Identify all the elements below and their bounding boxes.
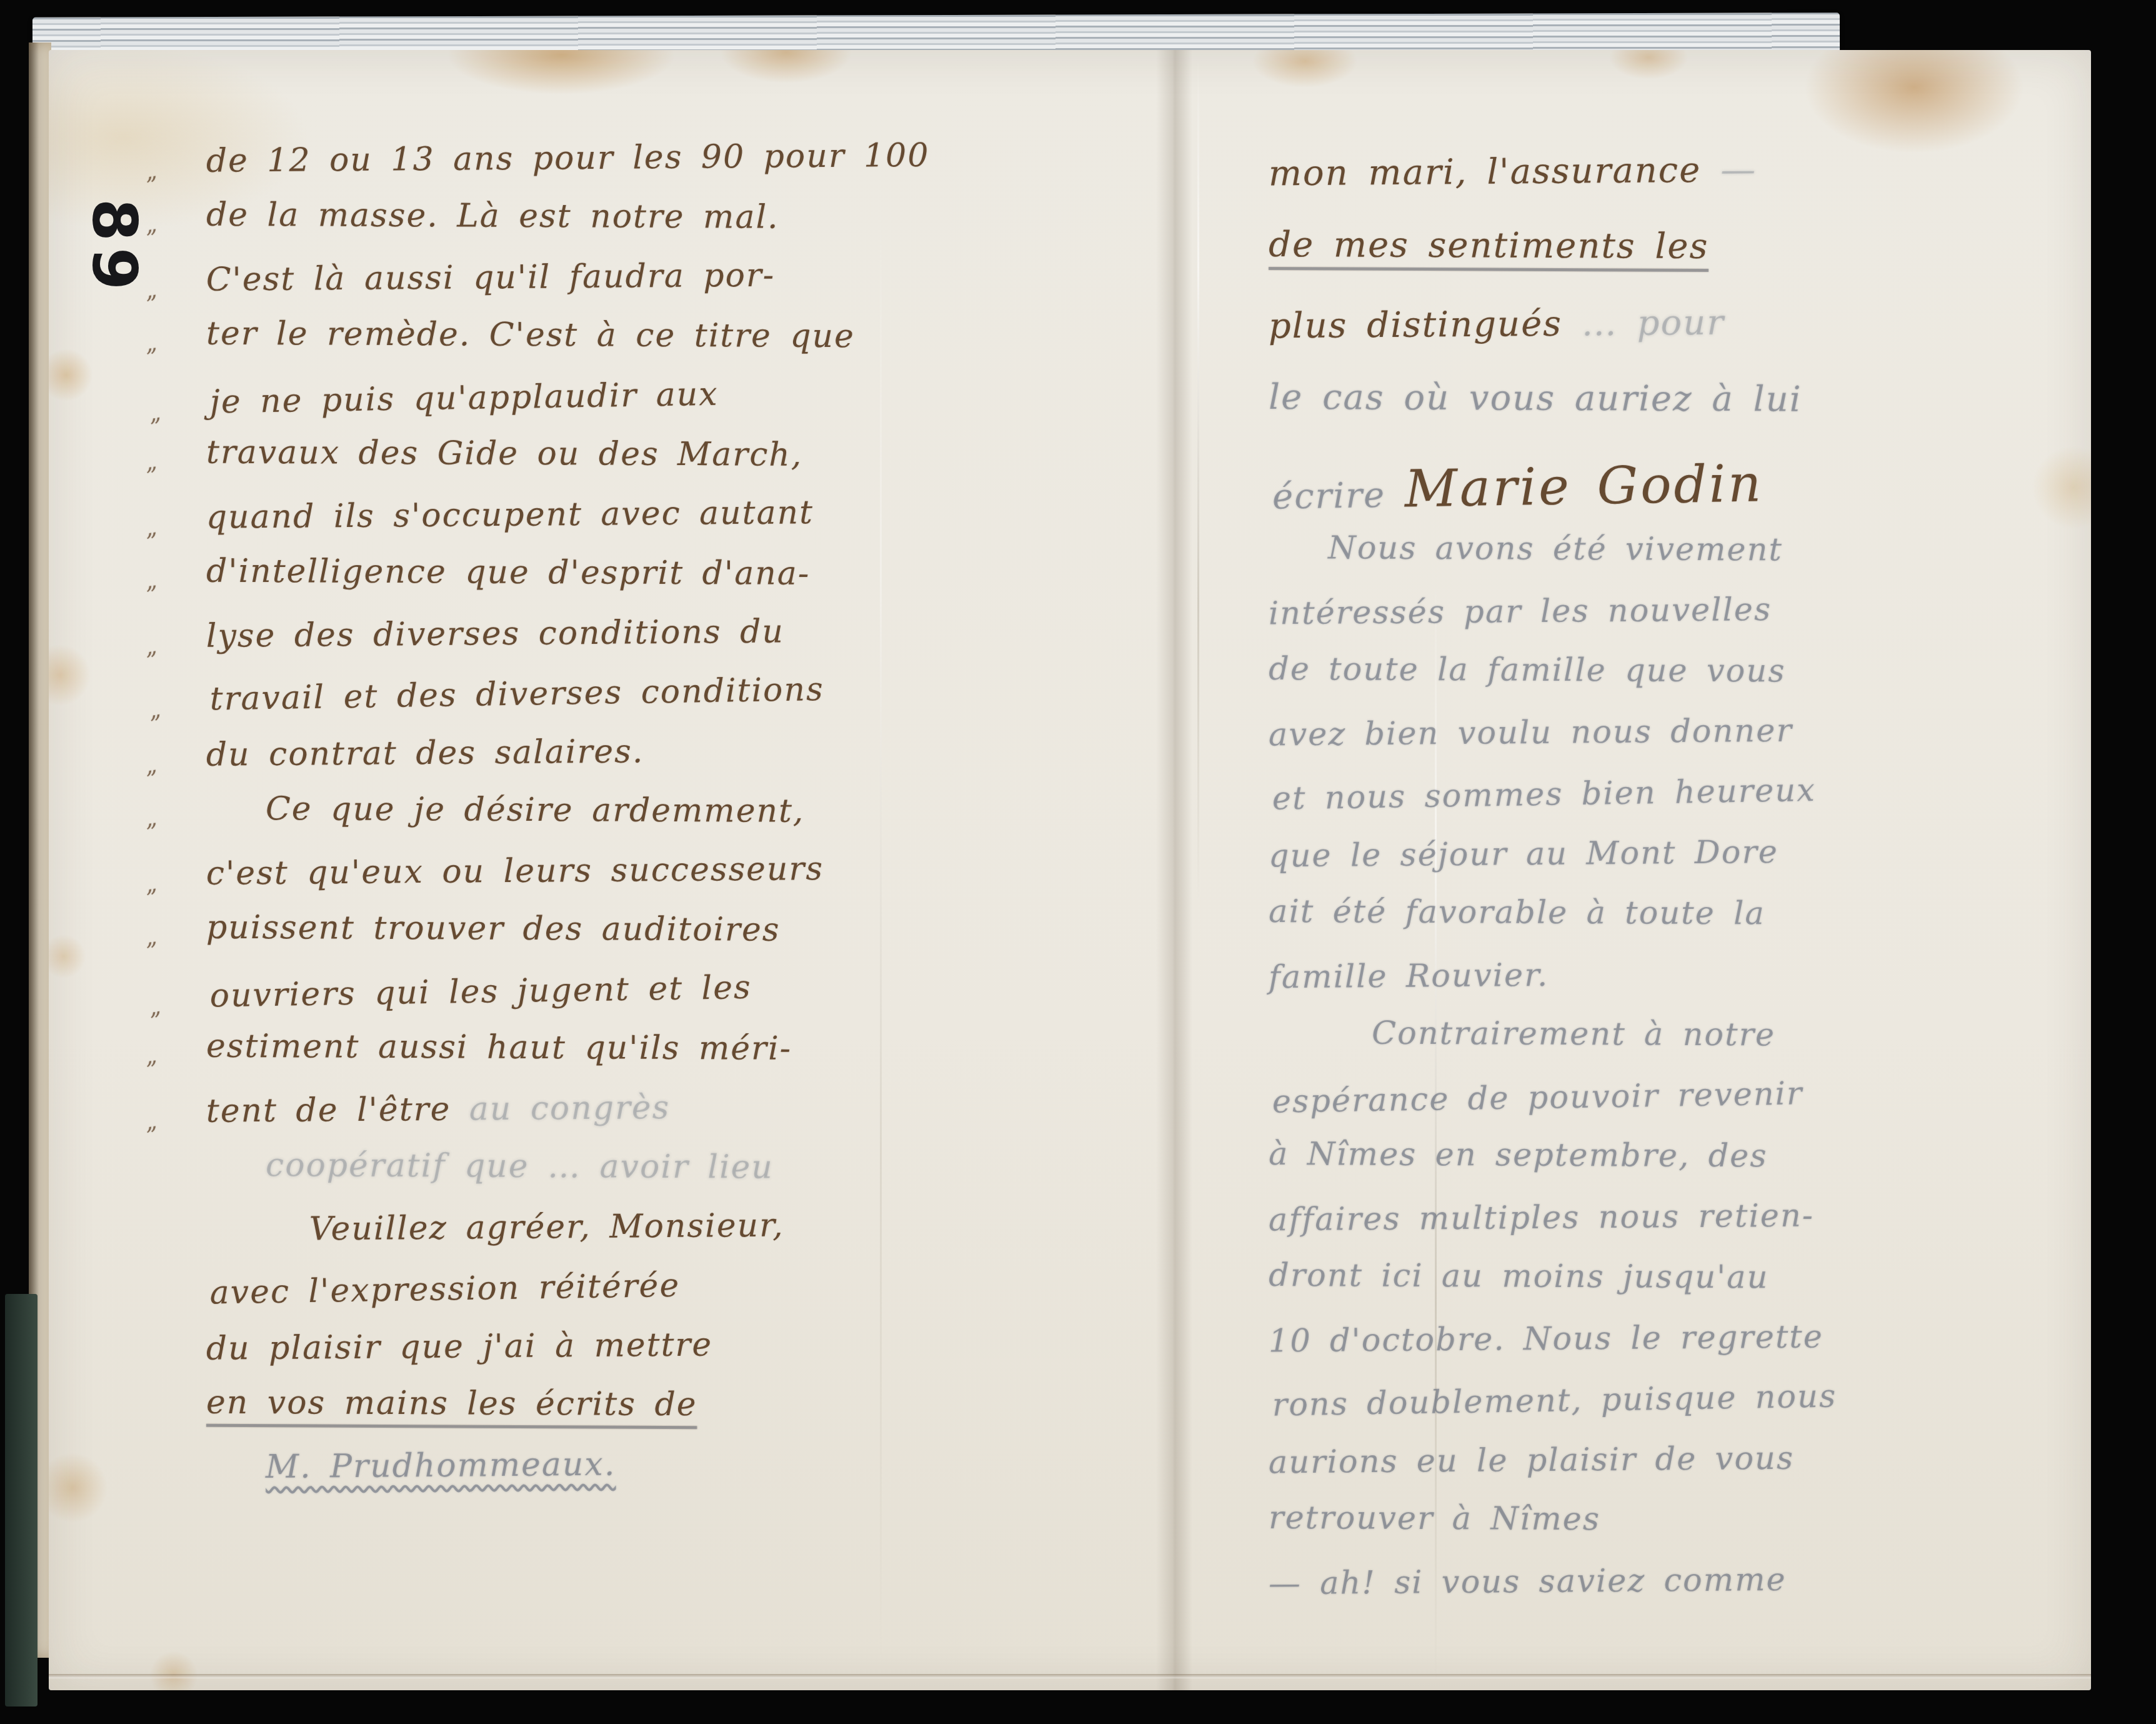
handwriting-text: tent de l'être	[206, 1091, 469, 1130]
manuscript-line: que le séjour au Mont Dore	[1269, 831, 2132, 899]
handwriting-text: Ce que je désire ardemment,	[266, 790, 805, 830]
handwriting-text: estiment aussi haut qu'ils méri-	[206, 1028, 792, 1068]
handwriting-text: Veuillez agréer, Monsieur,	[309, 1207, 784, 1248]
manuscript-line: „puissent trouver des auditoires	[206, 909, 1131, 972]
manuscript-line: aurions eu le plaisir de vous	[1269, 1438, 2132, 1505]
handwriting-text: je ne puis qu'applaudir aux	[209, 376, 719, 421]
bottom-fold-crease	[49, 1674, 2091, 1678]
handwriting-text: ait été favorable à toute la	[1269, 893, 1765, 932]
manuscript-line: avez bien voulu nous donner	[1269, 710, 2132, 778]
book-cover-edge	[5, 1294, 37, 1706]
handwriting-text: puissent trouver des auditoires	[206, 909, 781, 949]
paper-crease	[1197, 56, 1199, 900]
handwriting-text: à Nîmes en septembre, des	[1269, 1136, 1768, 1175]
quote-margin-mark: „	[143, 1043, 158, 1070]
manuscript-line: 10 d'octobre. Nous le regrette	[1269, 1316, 2132, 1384]
handwriting-text: espérance de pouvoir revenir	[1272, 1075, 1803, 1120]
quote-margin-mark: „	[143, 924, 158, 951]
manuscript-line: coopératif que … avoir lieu	[206, 1146, 1131, 1210]
manuscript-line: espérance de pouvoir revenir	[1272, 1070, 2135, 1145]
quote-margin-mark: „	[143, 330, 158, 357]
manuscript-line: Veuillez agréer, Monsieur,	[206, 1204, 1132, 1271]
manuscript-line: „d'intelligence que d'esprit d'ana-	[206, 553, 1131, 616]
handwriting-text: famille Rouvier.	[1269, 957, 1549, 996]
quote-margin-mark: „	[147, 697, 162, 724]
handwriting-text: de toute la famille que vous	[1269, 651, 1786, 690]
manuscript-line: retrouver à Nîmes	[1269, 1500, 2131, 1564]
handwriting-text: M. Prudhommeaux.	[266, 1446, 616, 1486]
manuscript-line: dront ici au moins jusqu'au	[1269, 1257, 2131, 1321]
page-number-stamp: 89	[45, 210, 182, 285]
handwriting-text: plus distingués	[1269, 304, 1563, 347]
manuscript-line: rons doublement, puisque nous	[1272, 1373, 2135, 1448]
manuscript-line: „ter le remède. C'est à ce titre que	[206, 315, 1131, 378]
left-page: „de 12 ou 13 ans pour les 90 pour 100„de…	[206, 139, 1131, 1505]
manuscript-line: — ah! si vous saviez comme	[1269, 1559, 2132, 1626]
handwriting-text: mon mari, l'assurance	[1269, 150, 1702, 194]
manuscript-line: plus distingués … pour	[1269, 299, 2132, 383]
handwriting-text: travail et des diverses conditions	[209, 671, 824, 718]
manuscript-line: „tent de l'être au congrès	[206, 1085, 1132, 1152]
manuscript-line: Contrairement à notre	[1269, 1015, 2131, 1079]
handwriting-text: 10 d'octobre. Nous le regrette	[1269, 1318, 1824, 1360]
quote-margin-mark: „	[143, 805, 158, 832]
manuscript-line: „du contrat des salaires.	[206, 729, 1132, 796]
manuscript-line: intéressés par les nouvelles	[1269, 589, 2132, 656]
manuscript-line: ait été favorable à toute la	[1269, 893, 2131, 958]
quote-margin-mark: „	[143, 1108, 158, 1135]
manuscript-line: de mes sentiments les	[1269, 224, 2132, 304]
book-scan: 89 „de 12 ou 13 ans pour les 90 pour 100…	[0, 0, 2156, 1724]
handwriting-text: que le séjour au Mont Dore	[1269, 834, 1779, 875]
manuscript-line: affaires multiples nous retien-	[1269, 1195, 2132, 1263]
handwriting-text: avec l'expression réitérée	[209, 1267, 680, 1312]
gutter-shadow	[1156, 50, 1192, 1690]
handwriting-text: de la masse. Là est notre mal.	[206, 196, 779, 236]
manuscript-line: de toute la famille que vous	[1269, 651, 2131, 715]
manuscript-line: M. Prudhommeaux.	[206, 1441, 1132, 1508]
manuscript-line: „quand ils s'occupent avec autant	[206, 491, 1132, 558]
manuscript-line: à Nîmes en septembre, des	[1269, 1136, 2131, 1200]
handwriting-text: dront ici au moins jusqu'au	[1269, 1257, 1769, 1296]
manuscript-line: écrire Marie Godin	[1272, 448, 2135, 538]
manuscript-line: famille Rouvier.	[1269, 953, 2132, 1020]
handwriting-text: travaux des Gide ou des March,	[206, 434, 803, 474]
handwriting-text: rons doublement, puisque nous	[1272, 1378, 1837, 1424]
manuscript-line: mon mari, l'assurance —	[1269, 147, 2132, 230]
manuscript-line: „ouvriers qui les jugent et les	[209, 963, 1135, 1036]
handwriting-text: … pour	[1562, 303, 1725, 344]
quote-margin-mark: „	[143, 449, 158, 476]
handwriting-text: C'est là aussi qu'il faudra por-	[206, 257, 776, 299]
quote-margin-mark: „	[143, 158, 158, 185]
handwriting-text: et nous sommes bien heureux	[1272, 772, 1816, 818]
handwriting-text: ouvriers qui les jugent et les	[209, 969, 752, 1015]
handwriting-text: au congrès	[469, 1089, 671, 1128]
quote-margin-mark: „	[143, 871, 158, 898]
manuscript-line: „travail et des diverses conditions	[209, 666, 1135, 739]
manuscript-line: du plaisir que j'ai à mettre	[206, 1323, 1132, 1390]
handwriting-text: Contrairement à notre	[1372, 1015, 1775, 1054]
handwriting-text: de mes sentiments les	[1269, 224, 1709, 267]
handwriting-text: du contrat des salaires.	[206, 733, 644, 773]
quote-margin-mark: „	[147, 400, 162, 427]
handwriting-text: du plaisir que j'ai à mettre	[206, 1326, 713, 1367]
handwriting-text: retrouver à Nîmes	[1269, 1500, 1600, 1538]
handwriting-text: affaires multiples nous retien-	[1269, 1198, 1815, 1239]
handwriting-text: c'est qu'eux ou leurs successeurs	[206, 850, 824, 893]
handwriting-text: quand ils s'occupent avec autant	[206, 494, 814, 536]
manuscript-line: Nous avons été vivement	[1269, 529, 2131, 594]
handwriting-text: —	[1701, 149, 1757, 191]
manuscript-line: et nous sommes bien heureux	[1272, 767, 2135, 841]
manuscript-line: le cas où vous auriez à lui	[1269, 377, 2132, 457]
manuscript-line: en vos mains les écrits de	[206, 1384, 1131, 1447]
manuscript-line: „de la masse. Là est notre mal.	[206, 196, 1131, 259]
manuscript-line: „estiment aussi haut qu'ils méri-	[206, 1028, 1131, 1091]
handwriting-text: de 12 ou 13 ans pour les 90 pour 100	[206, 137, 930, 180]
quote-margin-mark: „	[143, 752, 158, 779]
handwriting-text: Nous avons été vivement	[1328, 529, 1783, 568]
quote-margin-mark: „	[147, 994, 162, 1021]
handwriting-text: le cas où vous auriez à lui	[1269, 377, 1802, 420]
right-page: mon mari, l'assurance —de mes sentiments…	[1269, 150, 2131, 1623]
quote-margin-mark: „	[143, 633, 158, 660]
manuscript-line: „Ce que je désire ardemment,	[206, 790, 1131, 853]
handwriting-text: — ah! si vous saviez comme	[1269, 1561, 1787, 1603]
quote-margin-mark: „	[143, 514, 158, 541]
handwriting-text: coopératif que … avoir lieu	[266, 1146, 774, 1186]
signature: Marie Godin	[1404, 454, 1764, 519]
handwriting-text: avez bien voulu nous donner	[1269, 713, 1793, 754]
manuscript-line: „de 12 ou 13 ans pour les 90 pour 100	[206, 135, 1132, 202]
manuscript-line: „travaux des Gide ou des March,	[206, 434, 1131, 497]
handwriting-text: aurions eu le plaisir de vous	[1269, 1440, 1795, 1481]
manuscript-line: avec l'expression réitérée	[209, 1260, 1135, 1333]
manuscript-line: „C'est là aussi qu'il faudra por-	[206, 254, 1132, 321]
handwriting-text: d'intelligence que d'esprit d'ana-	[206, 553, 810, 593]
handwriting-text: lyse des diverses conditions du	[206, 613, 784, 655]
handwriting-text: intéressés par les nouvelles	[1269, 591, 1772, 632]
manuscript-line: „je ne puis qu'applaudir aux	[209, 369, 1135, 443]
quote-margin-mark: „	[143, 568, 158, 594]
handwriting-text: ter le remède. C'est à ce titre que	[206, 315, 855, 356]
handwriting-text: écrire	[1272, 474, 1405, 517]
manuscript-line: „c'est qu'eux ou leurs successeurs	[206, 848, 1132, 915]
manuscript-line: „lyse des diverses conditions du	[206, 610, 1132, 677]
notebook-open-pages: 89 „de 12 ou 13 ans pour les 90 pour 100…	[49, 50, 2091, 1690]
handwriting-text: en vos mains les écrits de	[206, 1384, 697, 1423]
